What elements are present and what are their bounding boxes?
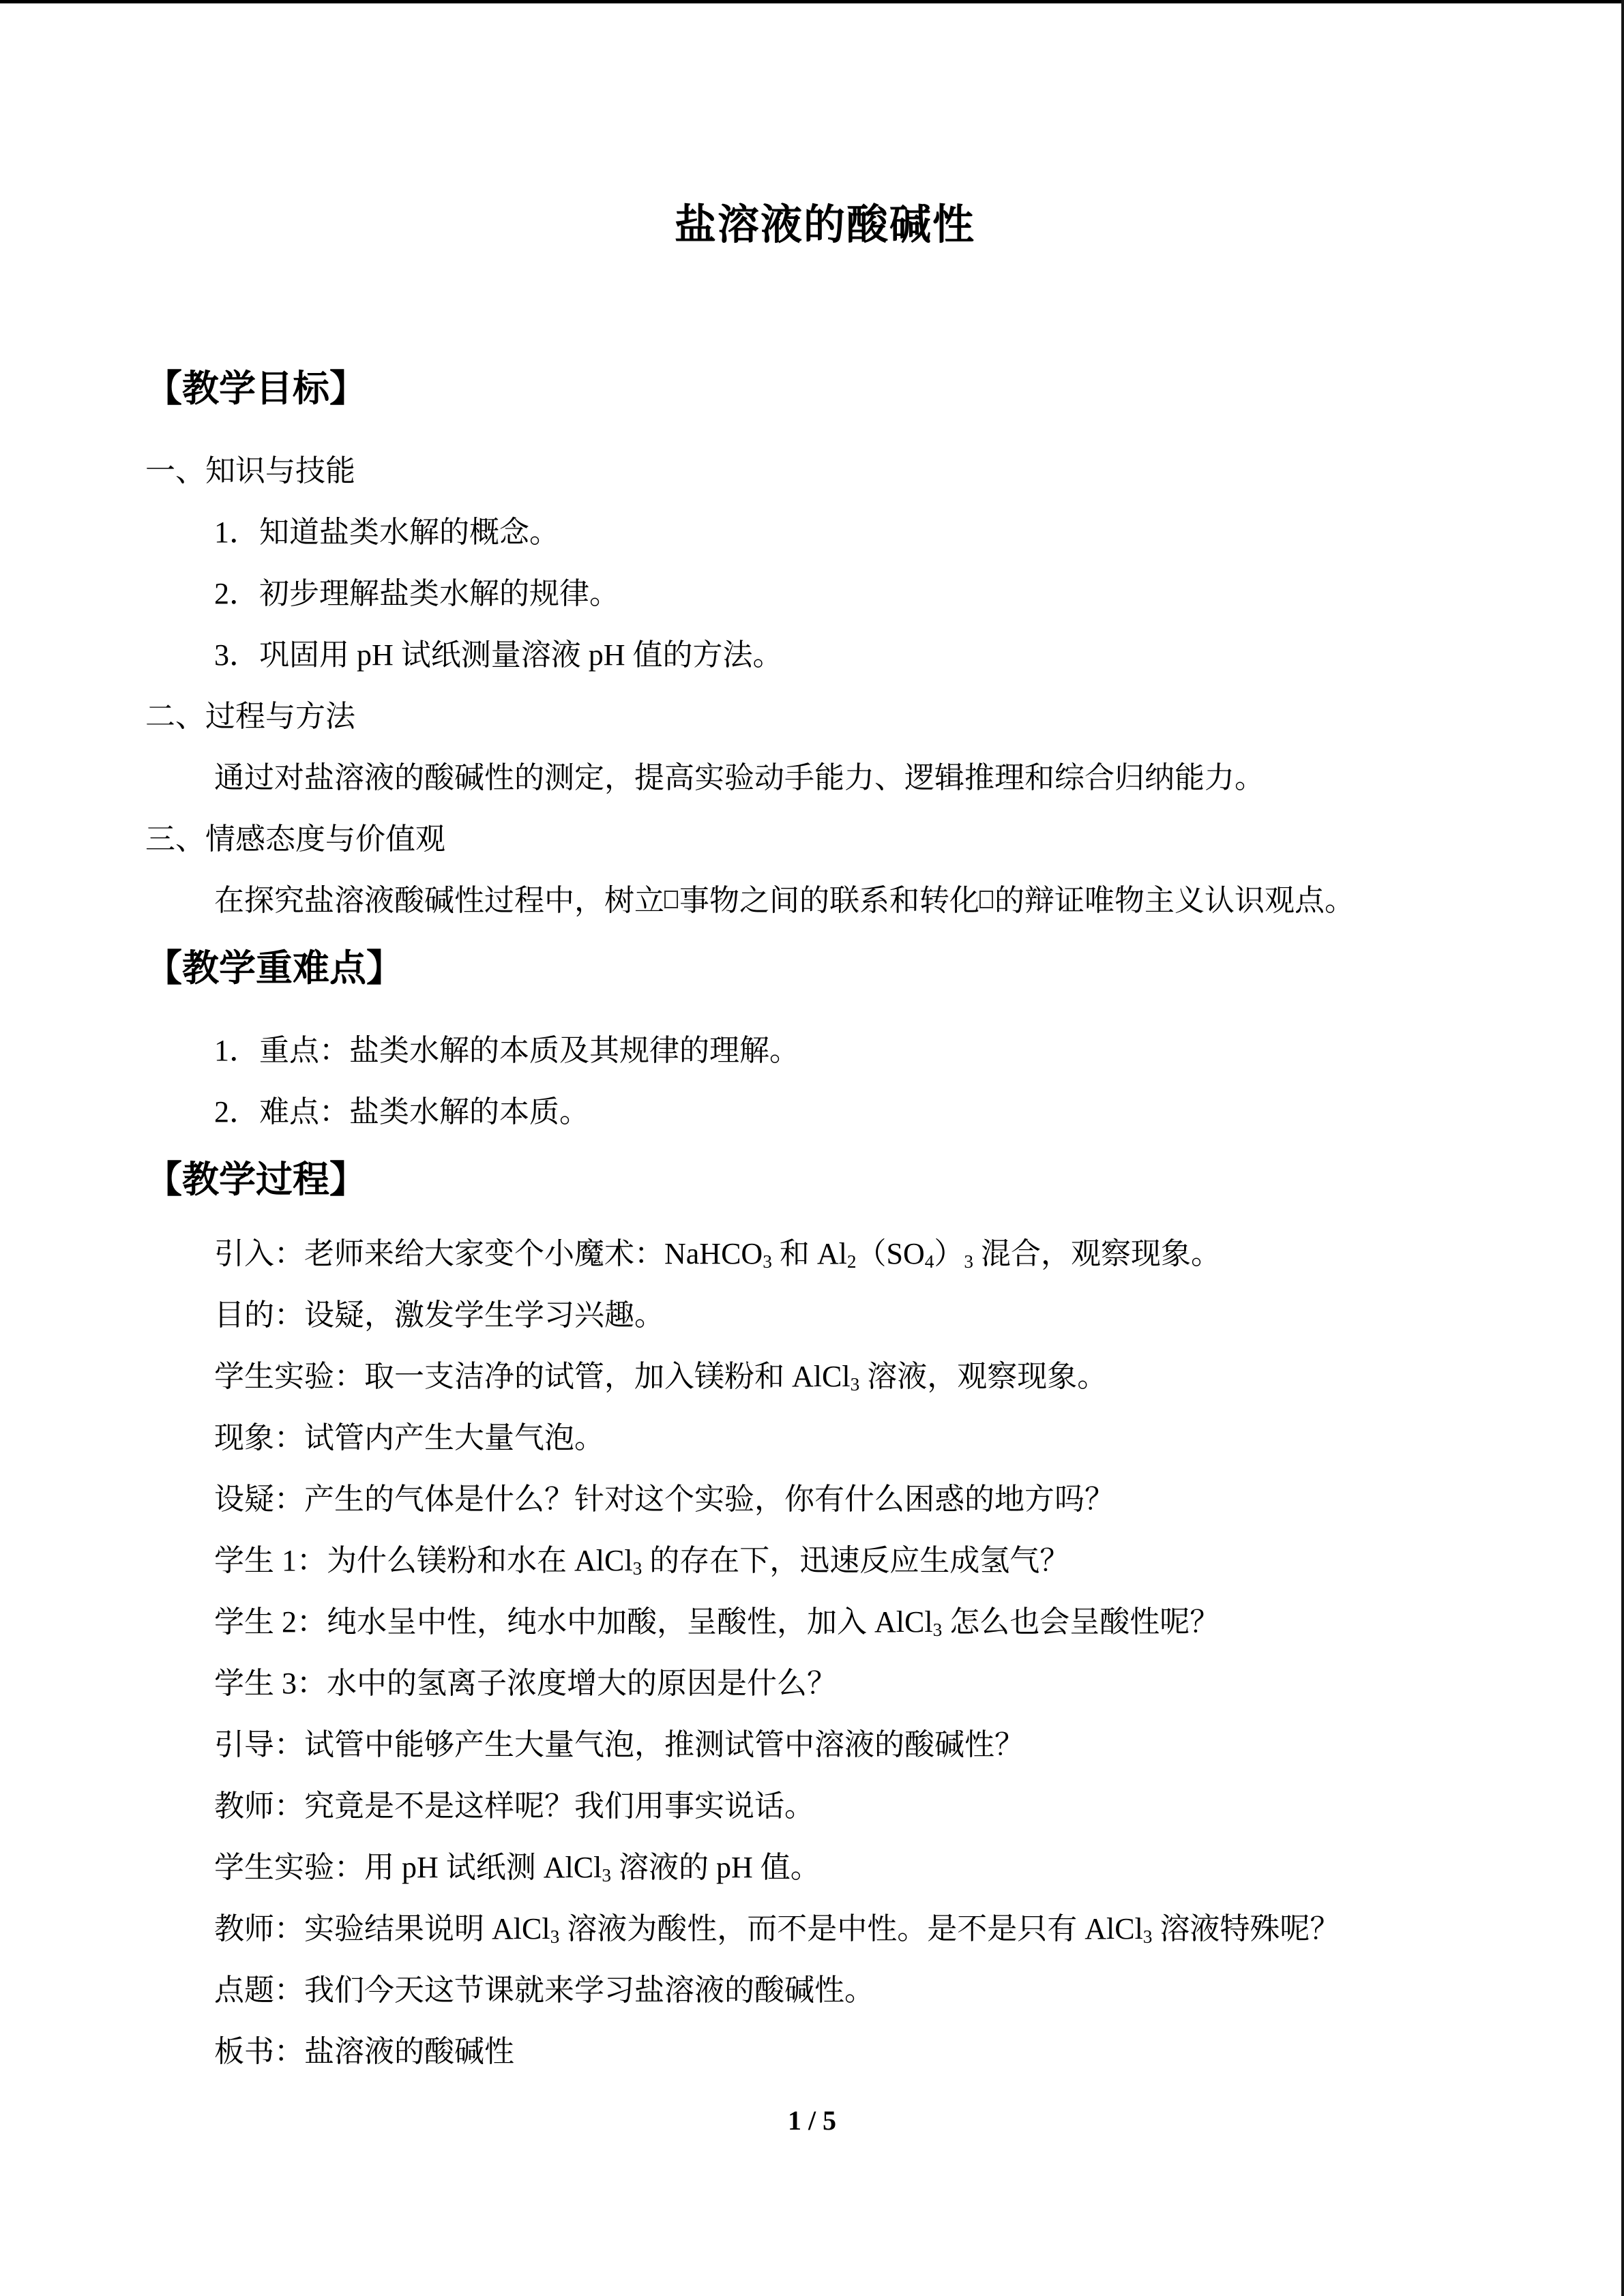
process-line: 学生实验：取一支洁净的试管，加入镁粉和 AlCl3 溶液，观察现象。 <box>145 1346 1505 1407</box>
process-line: 教师：究竟是不是这样呢？我们用事实说话。 <box>145 1776 1505 1837</box>
process-line: 现象：试管内产生大量气泡。 <box>145 1407 1505 1469</box>
process-line: 设疑：产生的气体是什么？针对这个实验，你有什么困惑的地方吗？ <box>145 1469 1505 1530</box>
key-point-item: 2．难点：盐类水解的本质。 <box>145 1082 1505 1143</box>
process-line: 学生 3：水中的氢离子浓度增大的原因是什么？ <box>145 1653 1505 1714</box>
process-line: 点题：我们今天这节课就来学习盐溶液的酸碱性。 <box>145 1960 1505 2021</box>
process-method-paragraph: 通过对盐溶液的酸碱性的测定，提高实验动手能力、逻辑推理和综合归纳能力。 <box>145 747 1505 809</box>
process-line: 教师：实验结果说明 AlCl3 溶液为酸性，而不是中性。是不是只有 AlCl3 … <box>145 1898 1505 1960</box>
process-line: 目的：设疑，激发学生学习兴趣。 <box>145 1285 1505 1346</box>
footer-page-number: 1 / 5 <box>0 2100 1624 2141</box>
document-content: 盐溶液的酸碱性 【教学目标】 一、知识与技能 1．知道盐类水解的概念。 2．初步… <box>145 0 1505 2083</box>
subsection-heading-process-method: 二、过程与方法 <box>145 686 1505 747</box>
objective-item: 1．知道盐类水解的概念。 <box>145 502 1505 563</box>
key-point-item: 1．重点：盐类水解的本质及其规律的理解。 <box>145 1020 1505 1082</box>
process-line: 板书：盐溶液的酸碱性 <box>145 2021 1505 2083</box>
process-line: 引入：老师来给大家变个小魔术：NaHCO3 和 Al2（SO4）3 混合，观察现… <box>145 1223 1505 1285</box>
objective-item: 2．初步理解盐类水解的规律。 <box>145 563 1505 625</box>
page-title: 盐溶液的酸碱性 <box>145 201 1505 250</box>
values-attitude-paragraph: 在探究盐溶液酸碱性过程中，树立事物之间的联系和转化的辩证唯物主义认识观点。 <box>145 870 1505 931</box>
section-heading-key-points: 【教学重难点】 <box>145 936 1505 1001</box>
process-line: 学生实验：用 pH 试纸测 AlCl3 溶液的 pH 值。 <box>145 1837 1505 1898</box>
missing-glyph-box <box>664 891 678 908</box>
section-heading-teaching-objectives: 【教学目标】 <box>145 356 1505 421</box>
section-heading-teaching-process: 【教学过程】 <box>145 1147 1505 1212</box>
missing-glyph-box <box>979 891 993 908</box>
subsection-heading-values-attitude: 三、情感态度与价值观 <box>145 809 1505 870</box>
process-line: 学生 2：纯水呈中性，纯水中加酸，呈酸性，加入 AlCl3 怎么也会呈酸性呢？ <box>145 1592 1505 1653</box>
objective-item: 3．巩固用 pH 试纸测量溶液 pH 值的方法。 <box>145 625 1505 686</box>
document-page: 盐溶液的酸碱性 【教学目标】 一、知识与技能 1．知道盐类水解的概念。 2．初步… <box>0 0 1624 2296</box>
process-line: 引导：试管中能够产生大量气泡，推测试管中溶液的酸碱性？ <box>145 1714 1505 1776</box>
process-line: 学生 1：为什么镁粉和水在 AlCl3 的存在下，迅速反应生成氢气？ <box>145 1530 1505 1592</box>
subsection-heading-knowledge-skills: 一、知识与技能 <box>145 441 1505 502</box>
right-border-line <box>1621 0 1624 2296</box>
